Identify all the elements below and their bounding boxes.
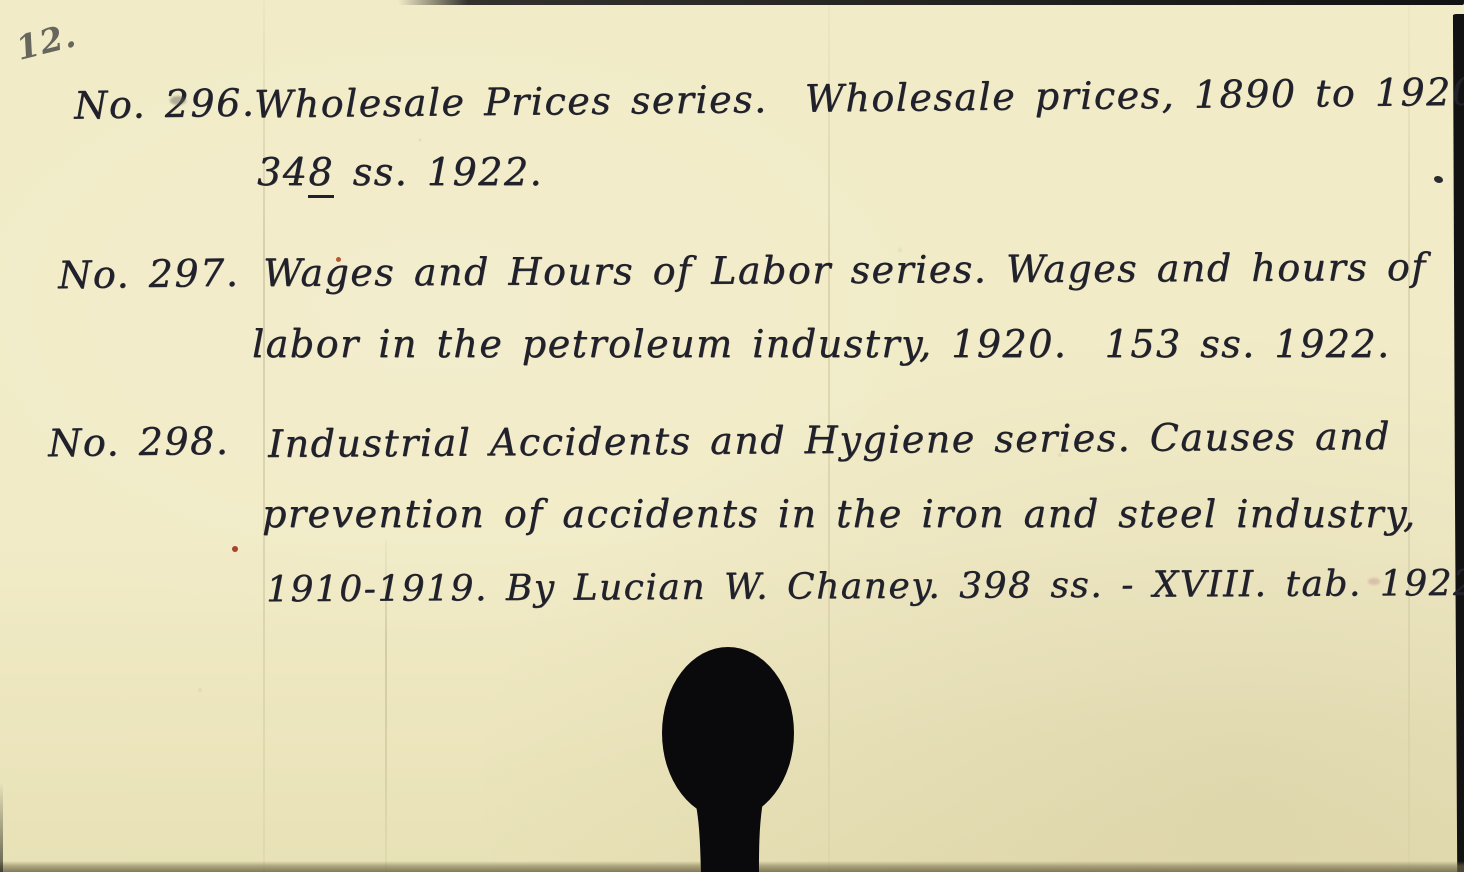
page-number: 12.: [12, 15, 80, 67]
entry-298-line1: Industrial Accidents and Hygiene series.…: [268, 414, 1391, 466]
entry-298-line3: 1910-1919. By Lucian W. Chaney. 398 ss. …: [266, 563, 1464, 610]
entry-296-number: No. 296.: [74, 80, 256, 127]
card-left-edge-shadow: [0, 782, 3, 872]
crease-line: [263, 0, 265, 872]
entry-296-line1: Wholesale Prices series. Wholesale price…: [254, 70, 1464, 127]
card-right-edge-shadow: [1451, 14, 1464, 872]
hole-punch: [655, 643, 805, 872]
entry-298-number: No. 298.: [48, 419, 230, 466]
entry-297-line2: labor in the petroleum industry, 1920. 1…: [252, 322, 1391, 366]
red-ink-speck: [232, 546, 238, 552]
ink-dot: [1433, 174, 1444, 185]
entry-297-line1: Wages and Hours of Labor series. Wages a…: [263, 245, 1427, 295]
entry-296-line2: 348 ss. 1922.: [257, 150, 543, 194]
page-count-suffix: ss. 1922.: [334, 150, 543, 194]
scanned-catalog-card: 12. No. 296. Wholesale Prices series. Wh…: [0, 0, 1464, 872]
card-top-edge-shadow: [398, 0, 1464, 5]
entry-298-line2: prevention of accidents in the iron and …: [262, 492, 1416, 536]
page-count-prefix: 34: [257, 150, 308, 194]
underlined-digit: 8: [308, 150, 334, 198]
crease-line: [1408, 0, 1410, 872]
entry-297-number: No. 297.: [58, 251, 240, 298]
